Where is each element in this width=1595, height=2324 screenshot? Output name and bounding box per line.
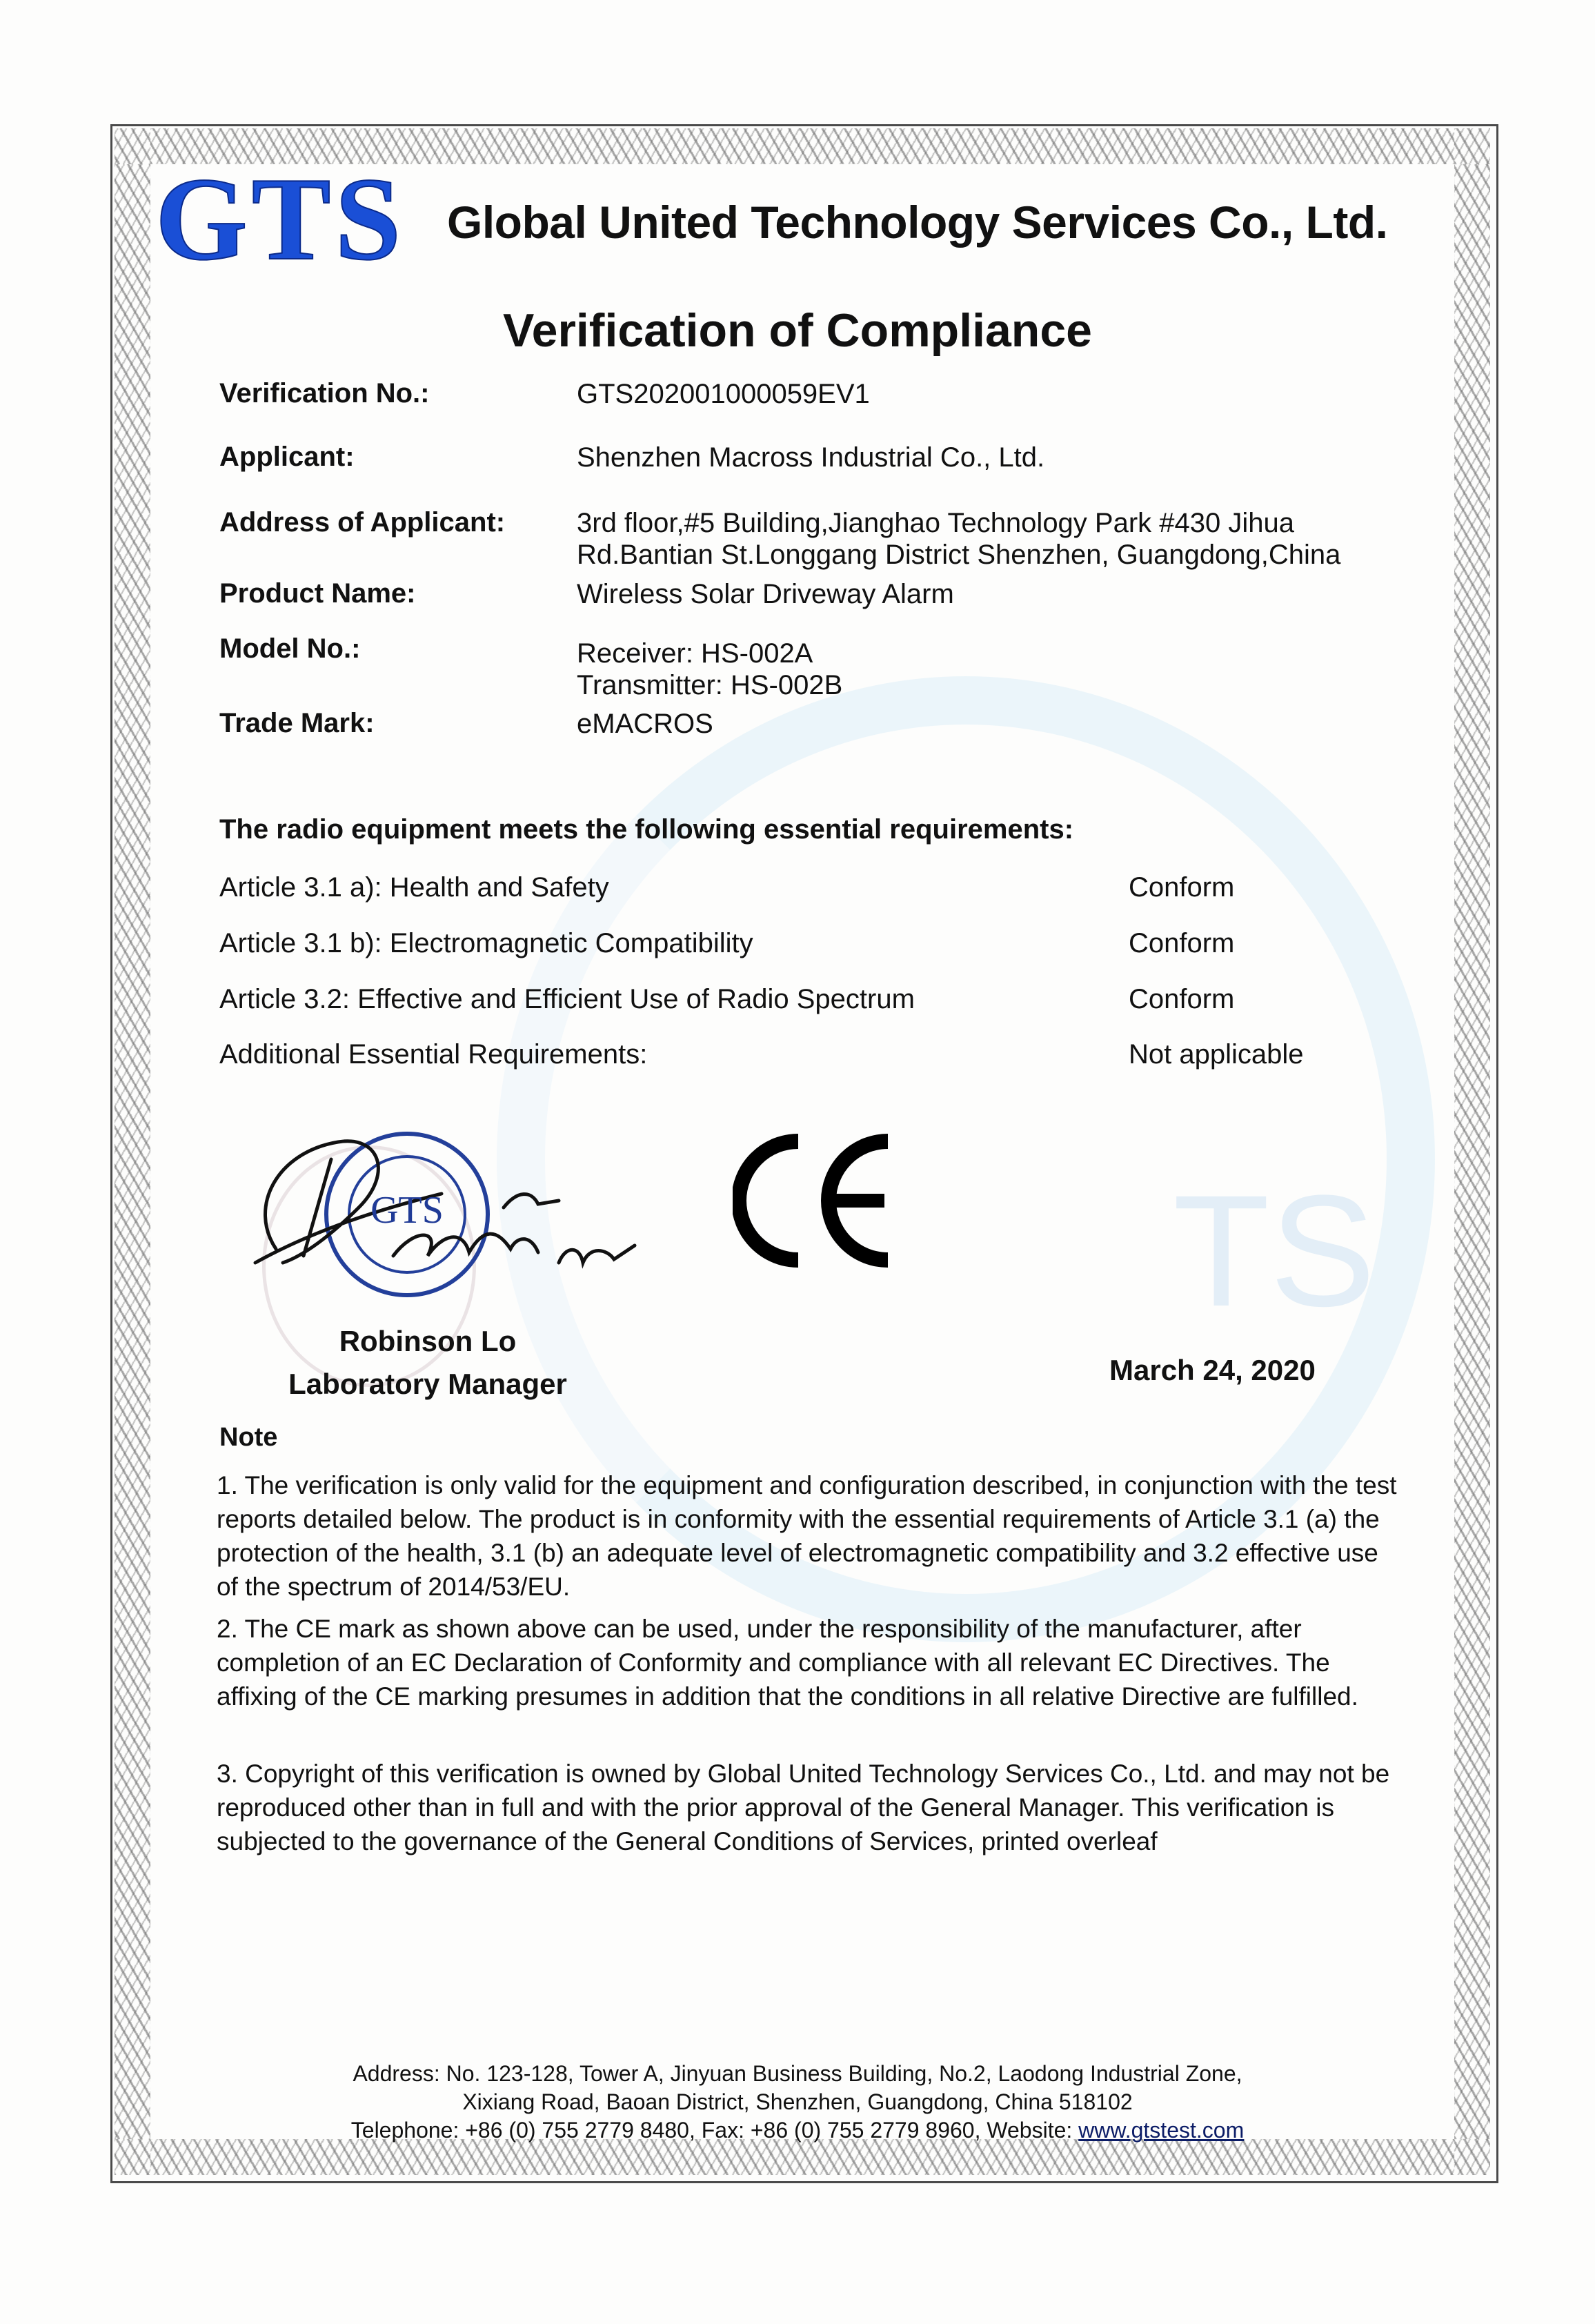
address-line-2: Rd.Bantian St.Longgang District Shenzhen… [577,539,1340,571]
signer-name: Robinson Lo [0,1325,855,1358]
watermark-logo-text: TS [1173,1159,1376,1342]
footer-phone-fax: Telephone: +86 (0) 755 2779 8480, Fax: +… [351,2118,1078,2143]
field-label-trade-mark: Trade Mark: [219,708,375,739]
field-value-trade-mark: eMACROS [577,708,713,740]
note-item: 1. The verification is only valid for th… [217,1468,1403,1604]
note-heading: Note [219,1423,277,1452]
signer-title: Laboratory Manager [0,1368,855,1401]
requirement-item: Additional Essential Requirements: [219,1039,647,1070]
footer-contact: Address: No. 123-128, Tower A, Jinyuan B… [0,2060,1595,2145]
field-label-verification-no: Verification No.: [219,378,430,409]
gts-logo: GTS [155,160,405,279]
requirement-item: Article 3.1 a): Health and Safety [219,872,609,903]
requirement-row: Article 3.2: Effective and Efficient Use… [219,984,1392,1015]
document-title: Verification of Compliance [0,304,1595,357]
field-value-verification-no: GTS202001000059EV1 [577,378,870,410]
field-value-model-no: Receiver: HS-002A Transmitter: HS-002B [577,638,842,701]
note-item: 2. The CE mark as shown above can be use… [217,1612,1403,1713]
requirement-item: Article 3.1 b): Electromagnetic Compatib… [219,928,753,958]
requirement-row: Article 3.1 a): Health and Safety Confor… [219,872,1392,903]
field-label-address: Address of Applicant: [219,507,505,538]
model-transmitter: Transmitter: HS-002B [577,669,842,701]
field-value-address: 3rd floor,#5 Building,Jianghao Technolog… [577,507,1340,571]
issue-date: March 24, 2020 [1109,1354,1316,1387]
footer-address-line-2: Xixiang Road, Baoan District, Shenzhen, … [0,2088,1595,2116]
website-link[interactable]: www.gtstest.com [1078,2118,1244,2143]
field-label-applicant: Applicant: [219,442,355,473]
model-receiver: Receiver: HS-002A [577,638,842,669]
company-name: Global United Technology Services Co., L… [447,196,1387,248]
requirement-status: Conform [1129,872,1234,903]
footer-contact-line: Telephone: +86 (0) 755 2779 8480, Fax: +… [0,2116,1595,2145]
address-line-1: 3rd floor,#5 Building,Jianghao Technolog… [577,507,1340,539]
stamp-logo-text: GTS [328,1188,486,1232]
requirements-heading: The radio equipment meets the following … [219,814,1073,845]
footer-address-line-1: Address: No. 123-128, Tower A, Jinyuan B… [0,2060,1595,2088]
requirement-row: Additional Essential Requirements: Not a… [219,1039,1392,1070]
field-label-model-no: Model No.: [219,633,360,664]
requirement-item: Article 3.2: Effective and Efficient Use… [219,984,915,1014]
requirement-status: Not applicable [1129,1039,1304,1070]
field-value-product-name: Wireless Solar Driveway Alarm [577,578,954,610]
note-item: 3. Copyright of this verification is own… [217,1757,1403,1858]
ce-mark-icon [733,1132,891,1270]
requirement-status: Conform [1129,928,1234,959]
field-value-applicant: Shenzhen Macross Industrial Co., Ltd. [577,442,1044,473]
field-label-product-name: Product Name: [219,578,416,609]
requirement-status: Conform [1129,984,1234,1015]
requirement-row: Article 3.1 b): Electromagnetic Compatib… [219,928,1392,959]
